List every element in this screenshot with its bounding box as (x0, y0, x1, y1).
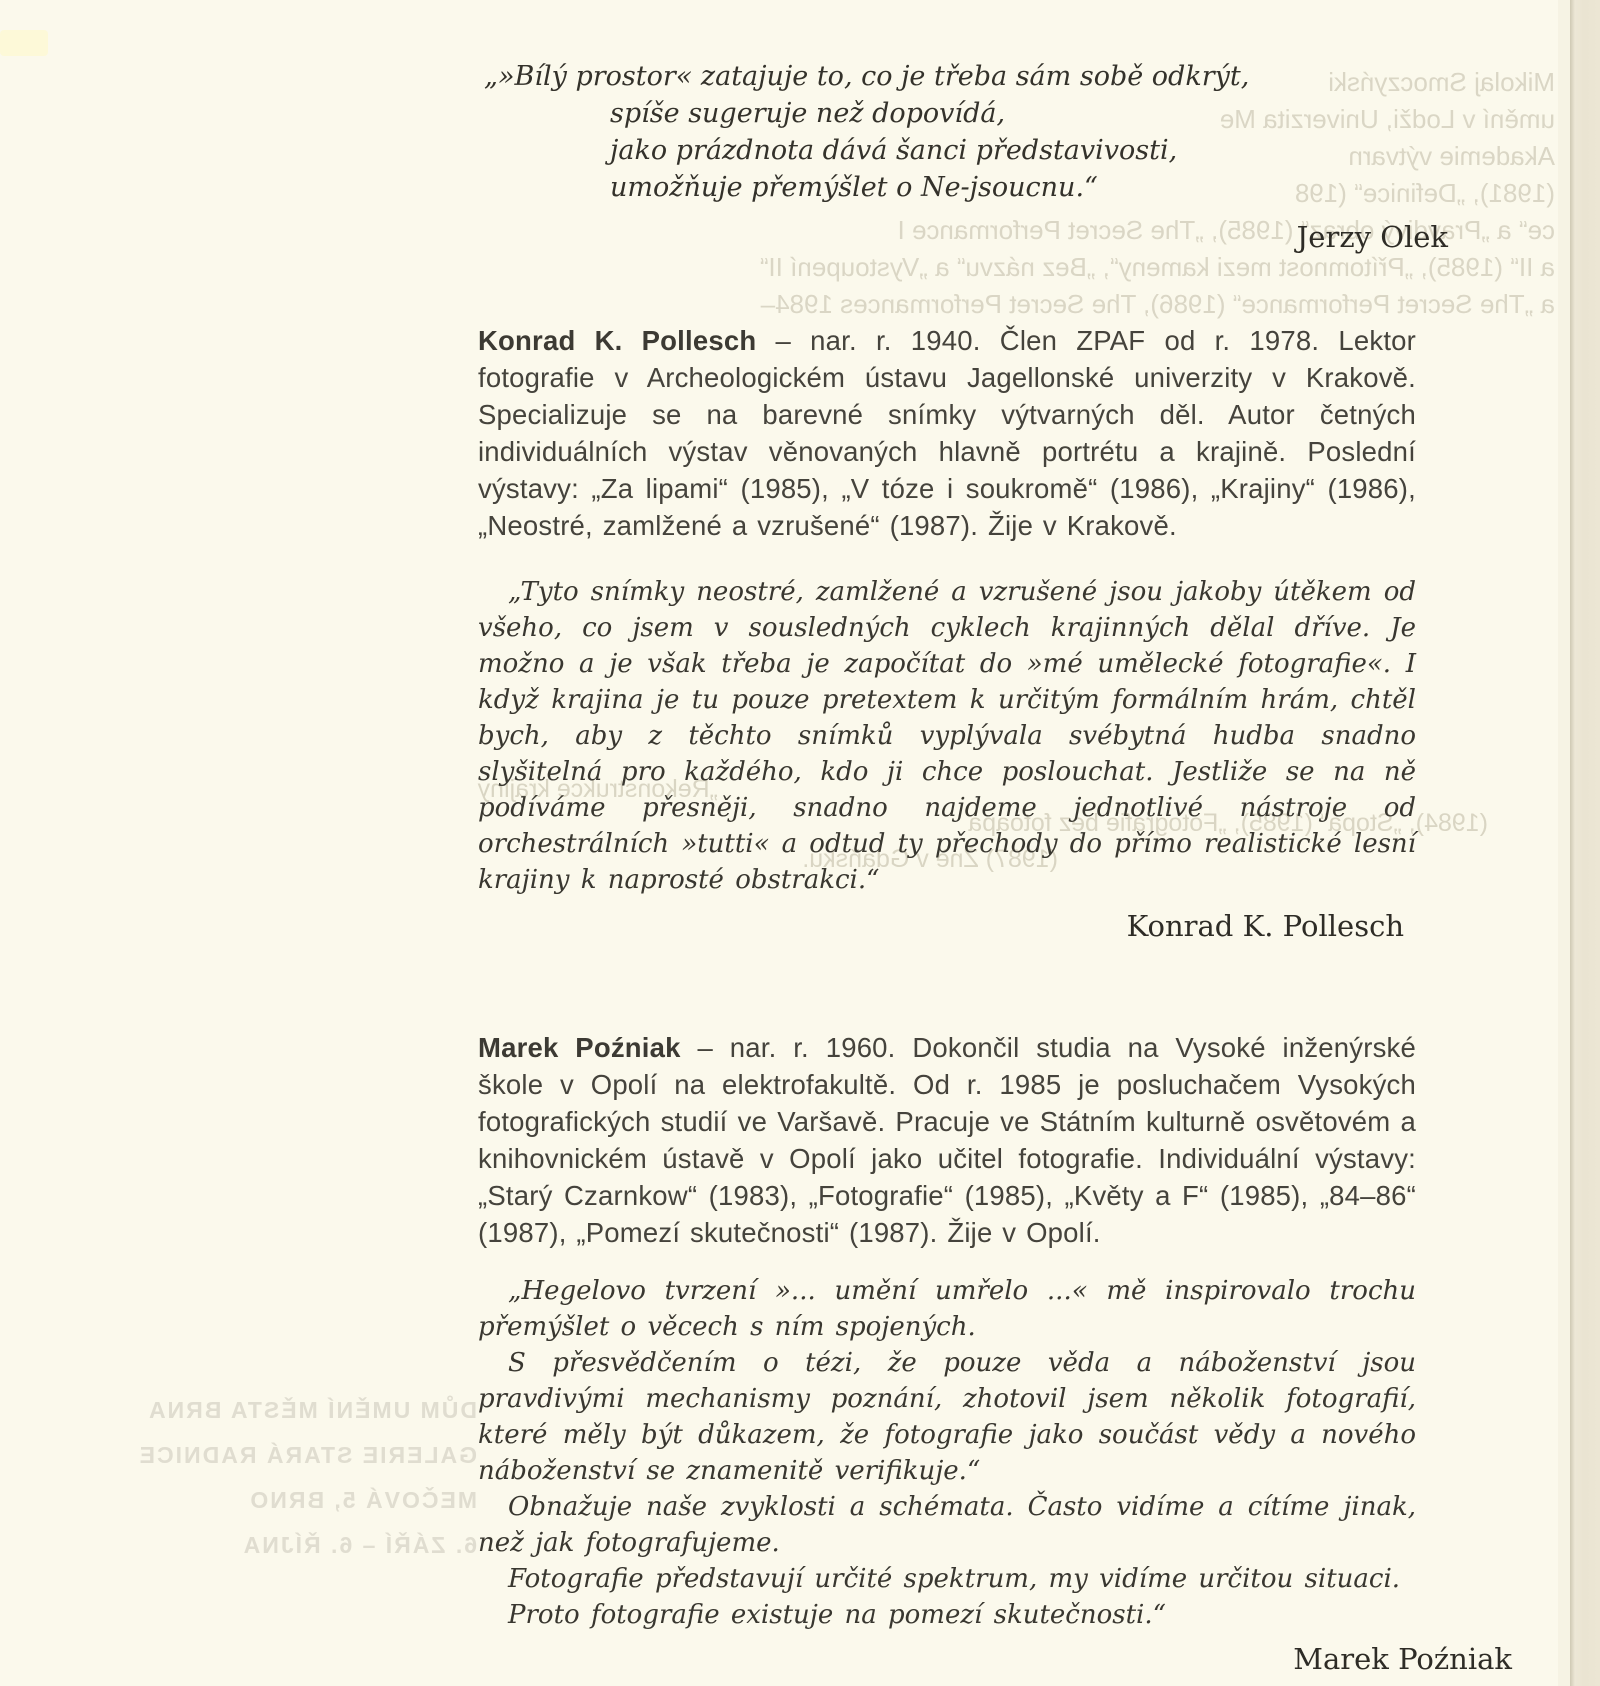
page-edge (1570, 0, 1600, 1686)
pozniak-quote-paragraph: „Hegelovo tvrzení »... umění umřelo ...«… (478, 1273, 1416, 1345)
bleedthrough-line: MEČOVÁ 5, BRNO (105, 1478, 477, 1523)
pozniak-quote: „Hegelovo tvrzení »... umění umřelo ...«… (478, 1273, 1416, 1633)
pollesch-quote-paragraph: „Tyto snímky neostré, zamlžené a vzrušen… (478, 574, 1416, 898)
attribution-marek-pozniak: Marek Poźniak (478, 1641, 1512, 1678)
bleedthrough-bottom-left: DŮM UMĚNÍ MĚSTA BRNA GALERIE STARÁ RADNI… (105, 1388, 477, 1568)
opening-quote-line: umožňuje přemýšlet o Ne-jsoucnu.“ (478, 169, 1416, 206)
pozniak-name: Marek Poźniak (478, 1032, 681, 1063)
paper-smudge (0, 30, 48, 56)
pozniak-quote-paragraph: Proto fotografie existuje na pomezí skut… (478, 1597, 1416, 1633)
pozniak-quote-paragraph: Obnažuje naše zvyklosti a schémata. Čast… (478, 1489, 1416, 1561)
pollesch-quote: „Tyto snímky neostré, zamlžené a vzrušen… (478, 574, 1416, 898)
attribution-konrad-pollesch: Konrad K. Pollesch (478, 908, 1404, 945)
opening-quote-line: jako prázdnota dává šanci představivosti… (478, 132, 1416, 169)
pollesch-bio: Konrad K. Pollesch – nar. r. 1940. Člen … (478, 322, 1416, 544)
text-column: „»Bílý prostor« zatajuje to, co je třeba… (478, 0, 1416, 1678)
scanned-book-page: Mikolaj Smoczyński umění v Lodži, Univer… (0, 0, 1600, 1686)
opening-quote: „»Bílý prostor« zatajuje to, co je třeba… (478, 58, 1416, 206)
opening-quote-line: spíše sugeruje než dopovídá, (478, 95, 1416, 132)
bleedthrough-line: GALERIE STARÁ RADNICE (105, 1433, 477, 1478)
pollesch-bio-text: – nar. r. 1940. Člen ZPAF od r. 1978. Le… (478, 325, 1416, 541)
attribution-jerzy-olek: Jerzy Olek (478, 219, 1448, 256)
pozniak-bio: Marek Poźniak – nar. r. 1960. Dokončil s… (478, 1029, 1416, 1251)
pozniak-quote-paragraph: S přesvědčením o tézi, že pouze věda a n… (478, 1345, 1416, 1489)
pollesch-name: Konrad K. Pollesch (478, 325, 756, 356)
opening-quote-line: „»Bílý prostor« zatajuje to, co je třeba… (478, 58, 1416, 95)
bleedthrough-line: 6. ZÁŘÍ – 6. ŘÍJNA (105, 1523, 477, 1568)
pozniak-bio-text: – nar. r. 1960. Dokončil studia na Vysok… (478, 1032, 1416, 1248)
page-edge-gap (1558, 0, 1570, 1686)
bleedthrough-line: DŮM UMĚNÍ MĚSTA BRNA (105, 1388, 477, 1433)
pozniak-quote-paragraph: Fotografie představují určité spektrum, … (478, 1561, 1416, 1597)
